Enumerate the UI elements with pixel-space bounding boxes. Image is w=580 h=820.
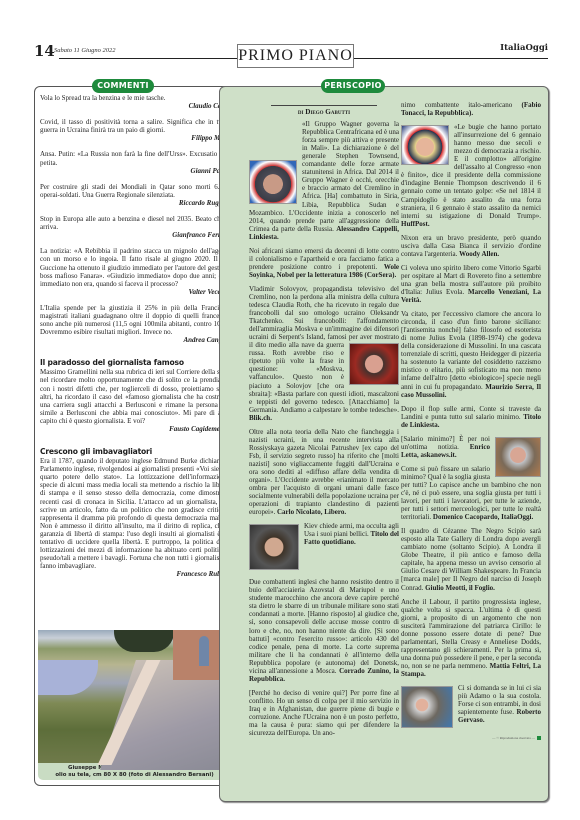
- caption-line-2: olio su tela, cm 80 X 80 (foto di Alessa…: [38, 772, 231, 779]
- item: Nixon era un bravo presidente, però quan…: [401, 234, 541, 258]
- item: [Salario minimo?] È per noi un'ottima no…: [401, 435, 541, 459]
- painting-image: [38, 630, 231, 763]
- item: Due combattenti inglesi che hanno resist…: [249, 578, 399, 683]
- comment-author: Filippo Merli: [40, 134, 230, 142]
- item: «Le bugie che hanno portato all'insurrez…: [401, 123, 541, 228]
- painting-figure: Giuseppe Novello, 'Roggia lombarda', 195…: [38, 630, 231, 780]
- item-text: Il quadro di Cézanne The Negro Scipio sa…: [401, 527, 541, 591]
- item: [Perché ho deciso di venire qui?] Per po…: [249, 689, 399, 737]
- item-source: Carlo Nicolato, Libero.: [277, 508, 346, 516]
- comment-text: Vola lo Spread tra la benzina e le mie t…: [40, 94, 165, 102]
- article: Crescono gli imbavagliatori Era il 1787,…: [40, 447, 230, 578]
- article-headline: Il paradosso del giornalista famoso: [40, 358, 230, 367]
- periscopio-left-column: di Diego Gabutti «Il Gruppo Wagner gover…: [249, 105, 399, 743]
- repro-text: — © Riproduzione riservata —: [492, 736, 535, 740]
- item-text: Vladimir Solovyov, propagandista televis…: [249, 285, 399, 349]
- item: Anche il Labour, il partito progressista…: [401, 598, 541, 678]
- item: Dopo il flop sulle armi, Conte si traves…: [401, 405, 541, 429]
- item: «Il Gruppo Wagner governa la Repubblica …: [249, 120, 399, 241]
- item: Kiev chiede armi, ma occulta agli Usa i …: [249, 522, 399, 572]
- section-title: PRIMO PIANO: [237, 44, 354, 68]
- item-source: Woody Allen.: [459, 250, 499, 258]
- trump-photo: [401, 125, 449, 165]
- masthead: 14 Sabato 11 Giugno 2022 PRIMO PIANO Ita…: [34, 40, 548, 66]
- letta-photo: [495, 437, 541, 477]
- comment-author: Andrea Cangini: [40, 336, 230, 344]
- item: Va citato, per l'eccessivo clamore che a…: [401, 310, 541, 399]
- item-text: Dopo il flop sulle armi, Conte si traves…: [401, 405, 541, 421]
- article-author: Francesco Rubera: [40, 570, 230, 578]
- item-source: Domenico Cacopardo, ItaliaOggi.: [433, 513, 533, 521]
- zelensky-photo: [249, 524, 299, 570]
- comment-text: L'Italia spende per la giustizia il 25% …: [40, 304, 230, 336]
- gervaso-photo: [401, 686, 453, 728]
- item-source: Blik.ch.: [249, 414, 272, 422]
- item: nimo combattente italo-americano (Fabio …: [401, 101, 541, 117]
- comment-text: Covid, il tasso di positività torna a sa…: [40, 118, 230, 134]
- periscopio-label: PERISCOPIO: [321, 79, 385, 93]
- article-headline: Crescono gli imbavagliatori: [40, 447, 230, 456]
- painting-door: [199, 636, 209, 666]
- comment-entry: L'Italia spende per la giustizia il 25% …: [40, 304, 230, 344]
- item-text: Due combattenti inglesi che hanno resist…: [249, 578, 399, 675]
- townsend-photo: [249, 160, 297, 204]
- painting-water: [38, 660, 98, 695]
- item: Noi africani siamo emersi da decenni di …: [249, 247, 399, 279]
- reproduction-notice: — © Riproduzione riservata —: [401, 734, 541, 742]
- comment-author: Valter Vecellio: [40, 288, 230, 296]
- comment-text: Stop in Europa alle auto a benzina e die…: [40, 215, 230, 231]
- comment-entry: Stop in Europa alle auto a benzina e die…: [40, 215, 230, 239]
- comment-author: Gianfranco Ferroni: [40, 231, 230, 239]
- comment-author: Riccardo Ruggeri: [40, 199, 230, 207]
- item-text: [Perché ho deciso di venire qui?] Per po…: [249, 689, 399, 737]
- item: Oltre alla nota teoria della Nato che fi…: [249, 428, 399, 517]
- byline: di Diego Gabutti: [271, 105, 377, 116]
- commenti-column: Vola lo Spread tra la benzina e le mie t…: [40, 94, 230, 587]
- painting-tree: [114, 630, 174, 652]
- comment-entry: Per costruire gli stadi dei Mondiali in …: [40, 183, 230, 207]
- end-square-icon: [537, 736, 541, 740]
- article-author: Fausto Cagidemetrio: [40, 425, 230, 433]
- comment-text: Ansa. Putin: «La Russia non farà la fine…: [40, 150, 230, 166]
- item-text: Anche il Labour, il partito progressista…: [401, 598, 541, 670]
- item: Ci voleva uno spirito libero come Vittor…: [401, 264, 541, 304]
- comment-text: La notizia: «A Rebibbia il padrino stacc…: [40, 247, 230, 287]
- item: Il quadro di Cézanne The Negro Scipio sa…: [401, 527, 541, 591]
- page-date: Sabato 11 Giugno 2022: [54, 47, 115, 54]
- item: Vladimir Solovyov, propagandista televis…: [249, 285, 399, 422]
- periscopio-right-column: nimo combattente italo-americano (Fabio …: [401, 101, 541, 742]
- item-text: Noi africani siamo emersi da decenni di …: [249, 247, 399, 271]
- item-source: Giulio Meotti, il Foglio.: [425, 584, 495, 592]
- comment-entry: Ansa. Putin: «La Russia non farà la fine…: [40, 150, 230, 174]
- comment-text: Per costruire gli stadi dei Mondiali in …: [40, 183, 230, 199]
- commenti-label: COMMENTI: [92, 79, 154, 93]
- solovyov-photo: [349, 343, 399, 385]
- comment-author: Gianni Pardo: [40, 167, 230, 175]
- comment-author: Claudio Cadei: [40, 102, 230, 110]
- item-source: HuffPost.: [401, 220, 430, 228]
- comment-entry: La notizia: «A Rebibbia il padrino stacc…: [40, 247, 230, 296]
- brand-logo: ItaliaOggi: [500, 43, 548, 53]
- comment-entry: Covid, il tasso di positività torna a sa…: [40, 118, 230, 142]
- comment-entry: Vola lo Spread tra la benzina e le mie t…: [40, 94, 230, 110]
- item-text: Oltre alla nota teoria della Nato che fi…: [249, 428, 399, 516]
- article: Il paradosso del giornalista famoso Mass…: [40, 358, 230, 433]
- item-text: nimo combattente italo-americano: [401, 101, 512, 109]
- item: Ci si domanda se in lui ci sia più Adamo…: [401, 684, 541, 730]
- article-text: Era il 1787, quando il deputato inglese …: [40, 457, 230, 570]
- article-text: Massimo Gramellini nella sua rubrica di …: [40, 368, 230, 425]
- item-text: Va citato, per l'eccessivo clamore che a…: [401, 310, 541, 390]
